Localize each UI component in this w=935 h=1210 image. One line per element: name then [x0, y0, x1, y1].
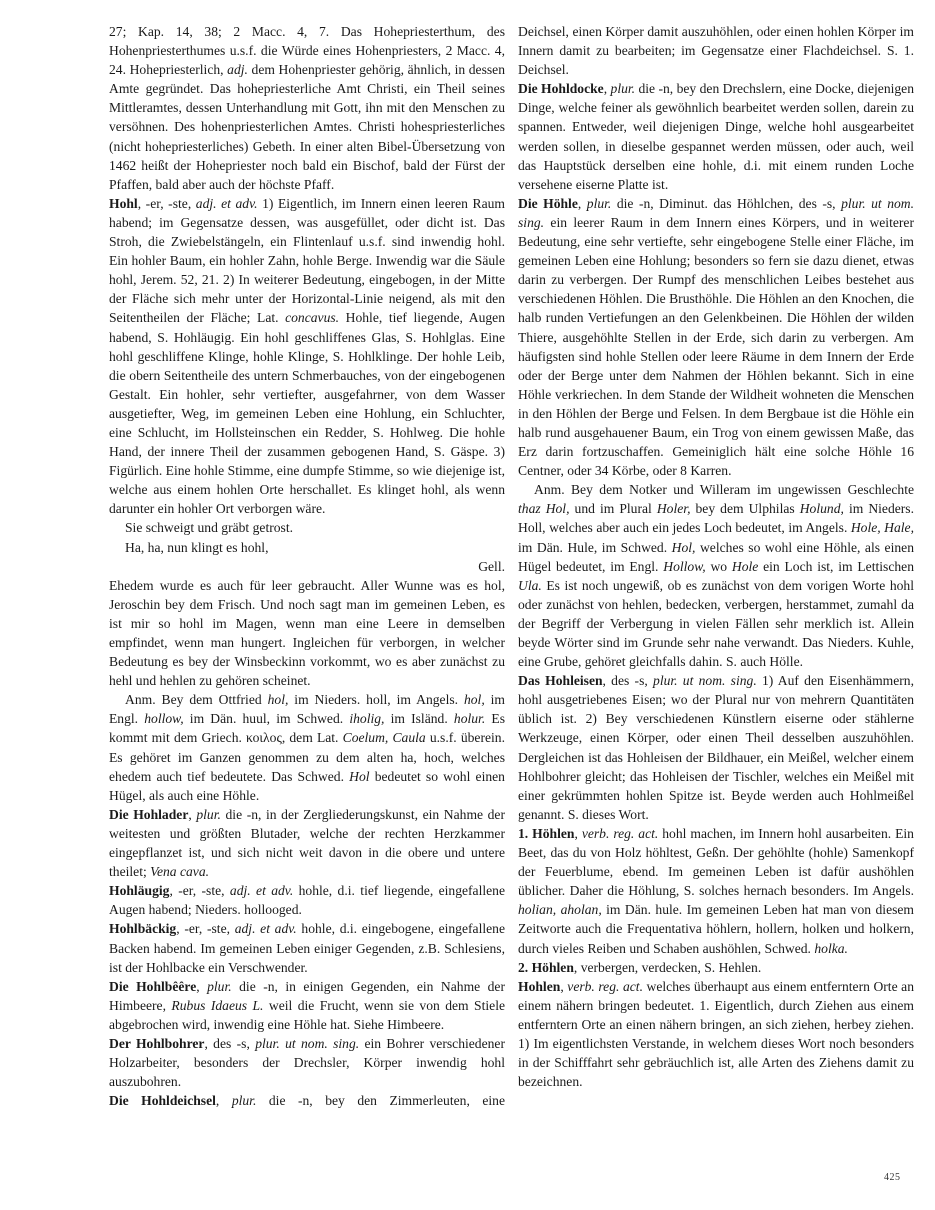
- entry-hohldocke: Die Hohldocke, plur. die -n, bey den Dre…: [518, 79, 914, 194]
- entry-hoehle: Die Höhle, plur. die -n, Diminut. das Hö…: [518, 194, 914, 480]
- entry-hohl-continued: Ehedem wurde es auch für leer gebraucht.…: [109, 576, 505, 691]
- verse-line: Sie schweigt und gräbt getrost.: [109, 518, 505, 537]
- entry-hoehlen-2: 2. Höhlen, verbergen, verdecken, S. Hehl…: [518, 958, 914, 977]
- annotation-hohl: Anm. Bey dem Ottfried hol, im Nieders. h…: [109, 690, 505, 805]
- headword: Hohlbäckig: [109, 921, 176, 936]
- dictionary-page: 27; Kap. 14, 38; 2 Macc. 4, 7. Das Hohep…: [0, 0, 935, 1210]
- entry-hohlbohrer: Der Hohlbohrer, des -s, plur. ut nom. si…: [109, 1034, 505, 1091]
- entry-hohlen: Hohlen, verb. reg. act. welches überhaup…: [518, 977, 914, 1092]
- headword: Hohl: [109, 196, 138, 211]
- entry-hohleisen: Das Hohleisen, des -s, plur. ut nom. sin…: [518, 671, 914, 824]
- headword: Das Hohleisen: [518, 673, 603, 688]
- headword: Die Hohlader: [109, 807, 188, 822]
- right-column: Deichsel, einen Körper damit auszuhöhlen…: [518, 22, 914, 1091]
- entry-hohlbeere: Die Hohlbêêre, plur. die -n, in einigen …: [109, 977, 505, 1034]
- entry-hohldeichsel-continued: Deichsel, einen Körper damit auszuhöhlen…: [518, 22, 914, 79]
- headword: Hohlen: [518, 979, 560, 994]
- entry-hohlaeugig: Hohläugig, -er, -ste, adj. et adv. hohle…: [109, 881, 505, 919]
- left-column: 27; Kap. 14, 38; 2 Macc. 4, 7. Das Hohep…: [109, 22, 505, 1110]
- headword: Die Hohldocke: [518, 81, 604, 96]
- headword: Die Höhle: [518, 196, 578, 211]
- entry-hoehlen-1: 1. Höhlen, verb. reg. act. hohl machen, …: [518, 824, 914, 958]
- headword: Der Hohlbohrer: [109, 1036, 204, 1051]
- annotation-hoehle: Anm. Bey dem Notker und Willeram im unge…: [518, 480, 914, 671]
- headword: Die Hohldeichsel: [109, 1093, 216, 1108]
- verse-attribution: Gell.: [109, 557, 505, 576]
- headword: 2. Höhlen: [518, 960, 574, 975]
- entry-hohlader: Die Hohlader, plur. die -n, in der Zergl…: [109, 805, 505, 881]
- page-number: 425: [884, 1172, 901, 1183]
- entry-hohldeichsel: Die Hohldeichsel, plur. die -n, bey den …: [109, 1091, 505, 1110]
- entry-hohl: Hohl, -er, -ste, adj. et adv. 1) Eigentl…: [109, 194, 505, 519]
- headword: 1. Höhlen: [518, 826, 574, 841]
- verse-line: Ha, ha, nun klingt es hohl,: [109, 538, 505, 557]
- entry-hohlbaeckig: Hohlbäckig, -er, -ste, adj. et adv. hohl…: [109, 919, 505, 976]
- headword: Die Hohlbêêre: [109, 979, 196, 994]
- headword: Hohläugig: [109, 883, 169, 898]
- entry-continuation-hohepriester: 27; Kap. 14, 38; 2 Macc. 4, 7. Das Hohep…: [109, 22, 505, 194]
